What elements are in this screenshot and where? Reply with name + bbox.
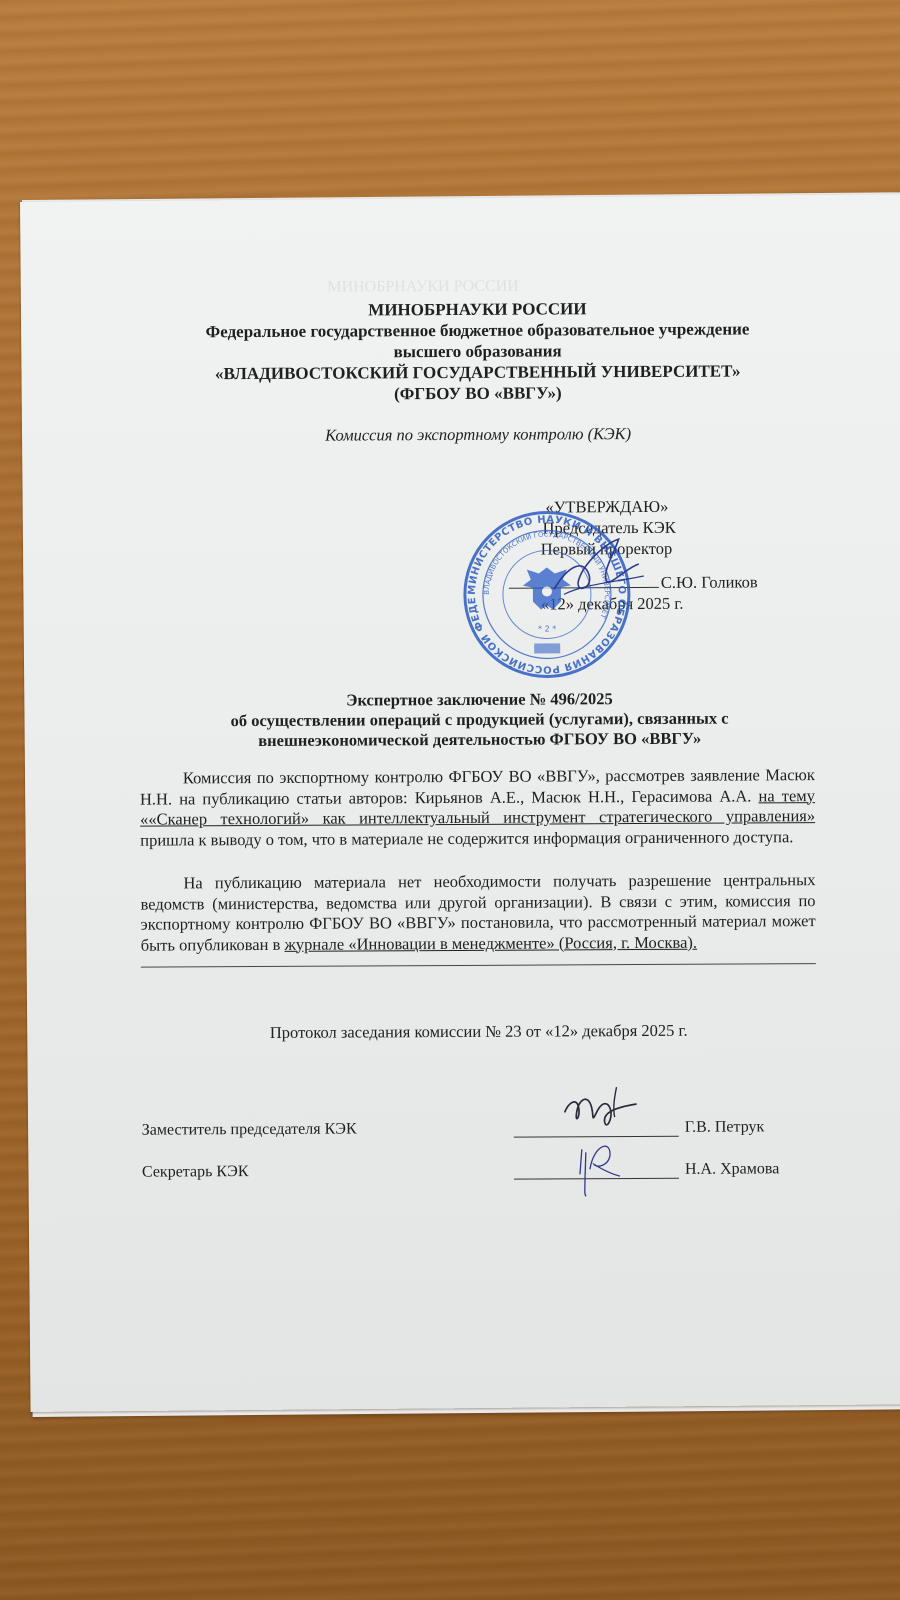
document-content: МИНОБРНАУКИ РОССИИ МИНОБРНАУКИ РОССИИ Фе… [0, 0, 900, 1600]
title-line-2: об осуществлении операций с продукцией (… [150, 708, 810, 731]
stamp-center-mark: * 2 * [538, 624, 556, 633]
title-line-3: внешнеэкономической деятельностью ФГБОУ … [150, 728, 810, 751]
university-abbreviation: (ФГБОУ ВО «ВВГУ») [148, 382, 808, 405]
signatory-name: Г.В. Петрук [685, 1118, 765, 1136]
paragraph-underline [141, 963, 816, 968]
journal-name: журнале «Инновации в менеджменте» (Росси… [284, 932, 697, 953]
approver-name: С.Ю. Голиков [661, 572, 758, 592]
findings-text: Комиссия по экспортному контролю ФГБОУ В… [140, 765, 815, 808]
university-name: «ВЛАДИВОСТОКСКИЙ ГОСУДАРСТВЕННЫЙ УНИВЕРС… [148, 361, 808, 384]
education-level: высшего образования [148, 340, 808, 363]
protocol-reference: Протокол заседания комиссии № 23 от «12»… [141, 1020, 816, 1044]
bleed-through-text: МИНОБРНАУКИ РОССИИ [327, 278, 519, 297]
institution-type: Федеральное государственное бюджетное об… [147, 319, 807, 342]
commission-name: Комиссия по экспортному контролю (КЭК) [148, 423, 808, 446]
findings-conclusion: пришла к выводу о том, что в материале н… [140, 827, 793, 849]
ministry-heading: МИНОБРНАУКИ РОССИИ [147, 298, 807, 321]
signatory-name: Н.А. Храмова [685, 1160, 779, 1178]
signature-row-secretary: Секретарь КЭК Н.А. Храмова [142, 1160, 822, 1164]
approver-signature [544, 534, 654, 610]
paragraph-decision: На публикацию материала нет необходимост… [140, 870, 815, 956]
signature-row-deputy: Заместитель председателя КЭК Г.В. Петрук [142, 1118, 822, 1122]
document-title: Экспертное заключение № 496/2025 об осущ… [149, 688, 809, 751]
paragraph-findings: Комиссия по экспортному контролю ФГБОУ В… [140, 765, 815, 851]
signatory-role: Заместитель председателя КЭК [142, 1120, 357, 1139]
signatory-role: Секретарь КЭК [142, 1163, 249, 1182]
secretary-signature [572, 1134, 632, 1199]
deputy-signature [556, 1082, 646, 1137]
